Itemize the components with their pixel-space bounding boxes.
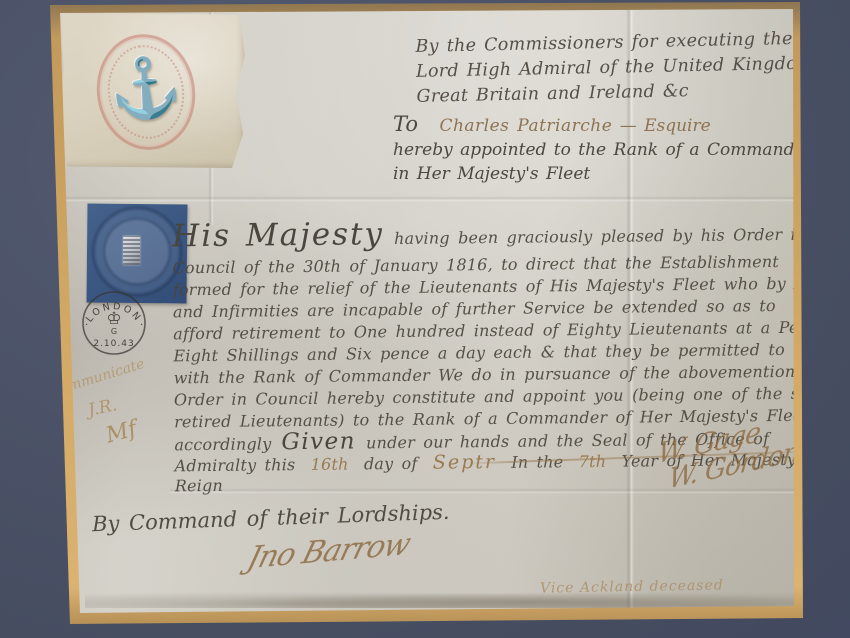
body-line-text: having been graciously pleased by his Or… bbox=[394, 225, 807, 248]
handwritten-day: 16th bbox=[311, 455, 349, 474]
postmark-right-dot: · bbox=[140, 320, 143, 331]
recipient-title: Esquire bbox=[644, 116, 711, 136]
recipient-name: Charles Patriarche bbox=[439, 116, 612, 136]
given-word: Given bbox=[281, 428, 356, 455]
anchor-icon: ⚓ bbox=[93, 49, 198, 128]
commission-body: His Majestyhaving been graciously please… bbox=[172, 212, 812, 219]
body-line: with the Rank of Commander We do in purs… bbox=[174, 362, 816, 388]
body-line: Order in Council hereby constitute and a… bbox=[174, 382, 850, 409]
silver-foil-cypher bbox=[123, 236, 140, 265]
london-postmark: LONDON · · ♔ G 2.10.43 bbox=[79, 288, 149, 358]
addressee-line: To Charles Patriarche — Esquire bbox=[393, 112, 813, 138]
his-majesty-initial: His Majesty bbox=[172, 216, 384, 254]
appointment-line: hereby appointed to the Rank of a Comman… bbox=[393, 138, 813, 162]
margin-initials: J.R. bbox=[86, 395, 119, 421]
to-label: To bbox=[393, 112, 418, 136]
secretary-signature: Jno Barrow bbox=[243, 526, 413, 576]
postmark-left-dot: · bbox=[85, 320, 88, 331]
dateline-text: day of bbox=[364, 454, 418, 474]
addressee-block: To Charles Patriarche — Esquire hereby a… bbox=[393, 112, 813, 186]
body-line: Council of the 30th of January 1816, to … bbox=[172, 252, 779, 277]
crown-icon: ♔ bbox=[106, 309, 121, 329]
framed-document-photo: ⚓ LONDON · · ♔ G 2.10.43 By the Commissi… bbox=[0, 0, 850, 638]
body-line-opening: His Majestyhaving been graciously please… bbox=[172, 212, 807, 255]
bottom-annotation: Vice Ackland deceased bbox=[540, 577, 724, 596]
admiralty-embossed-seal: ⚓ bbox=[89, 27, 204, 157]
parchment-document: ⚓ LONDON · · ♔ G 2.10.43 By the Commissi… bbox=[0, 0, 850, 638]
recipient-dash: — bbox=[620, 116, 637, 136]
postmark-code: G bbox=[111, 327, 117, 336]
postmark-date: 2.10.43 bbox=[93, 339, 134, 349]
dateline-text: Admiralty this bbox=[175, 455, 296, 475]
body-line: formed for the relief of the Lieutenants… bbox=[173, 274, 827, 300]
handwritten-regnal-year: 7th bbox=[579, 452, 607, 471]
margin-initials: Mf bbox=[103, 416, 139, 448]
reign-word: Reign bbox=[175, 476, 223, 496]
body-line: and Infirmities are incapable of further… bbox=[173, 296, 776, 321]
body-line-text: accordingly bbox=[174, 434, 271, 454]
commission-header: By the Commissioners for executing the O… bbox=[415, 25, 850, 110]
fleet-line: in Her Majesty's Fleet bbox=[393, 162, 813, 186]
horizontal-fold-crease bbox=[170, 488, 805, 494]
horizontal-fold-crease bbox=[60, 196, 805, 202]
